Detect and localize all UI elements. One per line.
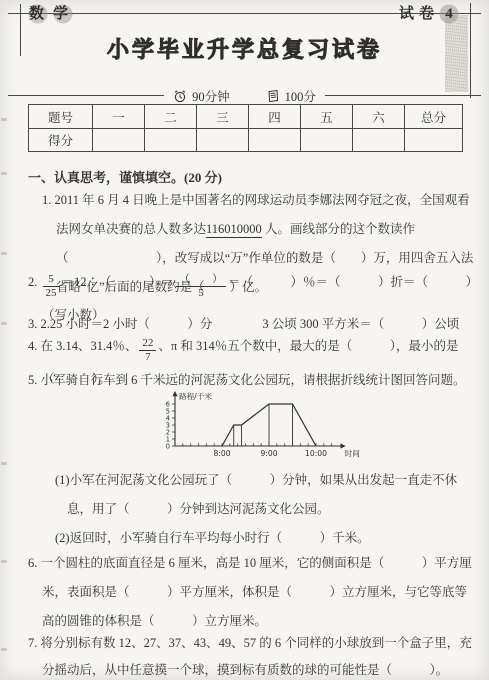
score-table-header-row: 题号 一 二 三 四 五 六 总分 <box>29 105 463 129</box>
subject-label: 数学 <box>27 2 87 26</box>
svg-text:8:00: 8:00 <box>213 449 230 458</box>
score-cell <box>197 129 249 152</box>
score-table: 题号 一 二 三 四 五 六 总分 得分 <box>28 104 463 152</box>
question-5-sub-1: (1)小军在河泥荡文化公园玩了（ ）分钟，如果从出发起一直走不休息，用了（ ）分… <box>55 466 479 524</box>
scan-artifact <box>1 252 7 255</box>
score-cell <box>93 129 145 152</box>
exam-paper-page: 数学 试卷4 小学毕业升学总复习试卷 90分钟 100分 <box>0 0 489 680</box>
score-cell <box>145 129 197 152</box>
svg-text:路程/千米: 路程/千米 <box>179 391 212 401</box>
score-row-label: 得分 <box>29 129 93 152</box>
scan-artifact <box>1 172 7 175</box>
scan-artifact <box>1 462 7 465</box>
fraction: 227 <box>139 337 156 364</box>
svg-text:时间: 时间 <box>345 448 361 458</box>
underlined-number: 116010000 <box>206 222 262 238</box>
score-header-cell: 三 <box>197 105 249 129</box>
distance-time-line-chart: 01234568:009:0010:00路程/千米时间 <box>148 389 366 465</box>
score-cell <box>249 129 301 152</box>
svg-text:9:00: 9:00 <box>260 449 277 458</box>
fraction: 525 <box>43 273 60 300</box>
svg-text:0: 0 <box>166 442 170 450</box>
answer-sheet-icon <box>266 89 280 103</box>
score-header-cell: 二 <box>145 105 197 129</box>
score-header-cell: 一 <box>93 105 145 129</box>
score-cell <box>353 129 405 152</box>
alarm-clock-icon <box>173 89 187 103</box>
svg-text:6: 6 <box>166 400 170 408</box>
score-header-cell: 总分 <box>405 105 463 129</box>
duration-label: 90分钟 <box>192 87 230 105</box>
scan-artifact <box>1 648 7 651</box>
svg-text:3: 3 <box>166 421 170 429</box>
scan-artifact <box>1 322 7 325</box>
svg-text:2: 2 <box>166 428 170 436</box>
scan-artifact <box>1 560 7 563</box>
score-cell <box>405 129 463 152</box>
score-table-score-row: 得分 <box>29 129 463 152</box>
score-cell <box>301 129 353 152</box>
scan-artifact <box>1 118 7 121</box>
page-title: 小学毕业升学总复习试卷 <box>0 33 489 64</box>
score-header-cell: 五 <box>301 105 353 129</box>
total-score-label: 100分 <box>285 87 316 105</box>
svg-text:10:00: 10:00 <box>305 449 327 458</box>
chart-container: 01234568:009:0010:00路程/千米时间 <box>148 389 366 465</box>
fraction: （ ）5 <box>176 273 226 300</box>
score-header-cell: 六 <box>353 105 405 129</box>
svg-text:5: 5 <box>166 407 170 415</box>
score-header-cell: 四 <box>249 105 301 129</box>
question-7: 7. 将分别标有数 12、27、37、43、49、57 的 6 个同样的小球放到… <box>28 630 479 680</box>
score-header-cell: 题号 <box>29 105 93 129</box>
meta-group: 90分钟 100分 <box>0 86 489 105</box>
paper-tag: 试卷4 <box>399 2 459 26</box>
paper-number-badge: 4 <box>439 2 459 26</box>
paper-label: 试卷 <box>399 6 439 22</box>
question-6: 6. 一个圆柱的底面直径是 6 厘米，高是 10 厘米，它的侧面积是（ ）平方厘… <box>28 549 479 636</box>
svg-text:1: 1 <box>166 435 170 443</box>
svg-text:4: 4 <box>166 414 170 422</box>
duration-chip: 90分钟 100分 <box>164 87 325 105</box>
